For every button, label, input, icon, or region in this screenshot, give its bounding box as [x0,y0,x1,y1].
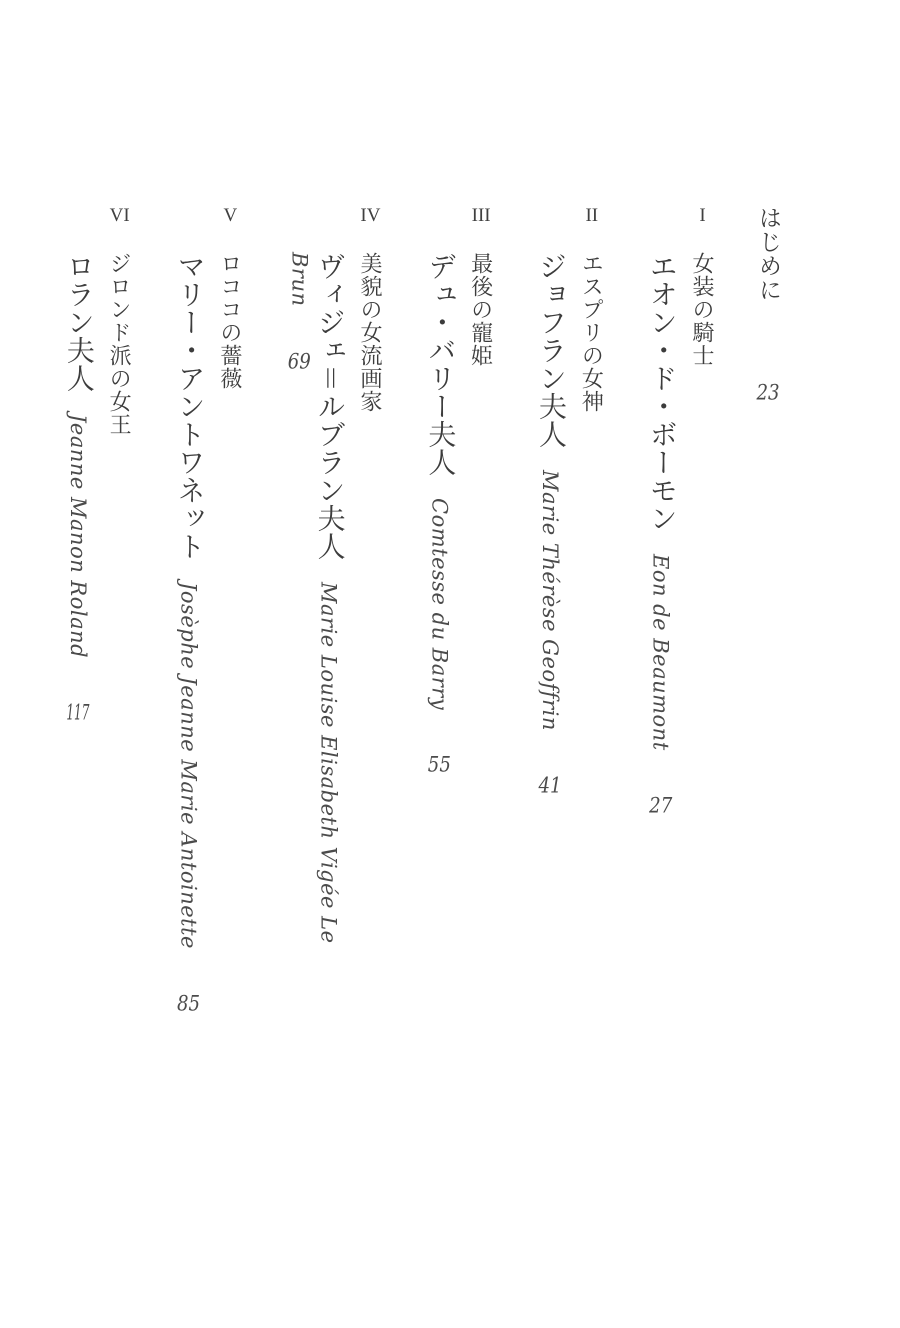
chapter-numeral: II [581,206,602,225]
chapter-name-line: ジョフラン夫人Marie Thérèse Geoffrin41 [536,206,565,1066]
chapter-name-line: マリー・アントワネットJosèphe Jeanne Marie Antoinet… [174,206,203,1066]
chapter-title-line: IV美貌の女流画家 [358,206,383,1066]
chapter-numeral: VI [109,206,130,225]
chapter-person-name: マリー・アントワネット [174,252,205,560]
chapter-numeral: I [692,206,713,225]
chapter-person-romaji: Comtesse du Barry [427,498,451,710]
book-toc-page: はじめに23 I女装の騎士 エオン・ド・ボーモンEon de Beaumont2… [0,0,900,1328]
chapter-page-number: 69 [287,351,311,372]
chapter-name-line: ヴィジェ＝ルブラン夫人Marie Louise Elisabeth Vigée … [285,206,344,1066]
chapter-subtitle: 最後の寵姫 [469,252,494,367]
toc-entry-5: Vロココの薔薇 マリー・アントワネットJosèphe Jeanne Marie … [174,206,243,1066]
chapter-person-romaji: Jeanne Manon Roland [66,414,90,658]
chapter-person-romaji: Marie Thérèse Geoffrin [538,470,562,731]
chapter-person-romaji: Eon de Beaumont [649,554,673,751]
chapter-page-number: 55 [427,754,451,775]
chapter-subtitle: エスプリの女神 [579,252,604,413]
chapter-numeral: IV [360,206,381,225]
chapter-name-line: エオン・ド・ボーモンEon de Beaumont27 [646,206,675,1066]
toc-entry-3: III最後の寵姫 デュ・バリー夫人Comtesse du Barry55 [425,206,494,1066]
table-of-contents: はじめに23 I女装の騎士 エオン・ド・ボーモンEon de Beaumont2… [21,206,780,1066]
chapter-name-line: ロラン夫人Jeanne Manon Roland117 [63,206,92,1066]
chapter-person-romaji: Josèphe Jeanne Marie Antoinette [177,582,201,949]
chapter-title-line: I女装の騎士 [690,206,715,1066]
chapter-person-name: ジョフラン夫人 [535,252,566,448]
chapter-subtitle: 女装の騎士 [690,252,715,367]
chapter-page-number: 85 [177,993,201,1014]
chapter-title-line: III最後の寵姫 [468,206,493,1066]
chapter-page-number: 41 [538,775,562,796]
toc-entry-2: IIエスプリの女神 ジョフラン夫人Marie Thérèse Geoffrin4… [536,206,605,1066]
chapter-person-name: ロラン夫人 [63,252,94,392]
chapter-title-line: VIジロンド派の女王 [107,206,132,1066]
chapter-person-name: デュ・バリー夫人 [424,252,455,476]
chapter-person-name: ヴィジェ＝ルブラン夫人 [314,252,345,560]
preface-page-number: 23 [756,382,780,403]
chapter-subtitle: ジロンド派の女王 [107,252,132,436]
chapter-name-line: デュ・バリー夫人Comtesse du Barry55 [425,206,454,1066]
chapter-numeral: III [471,206,492,225]
chapter-subtitle: ロココの薔薇 [218,252,243,390]
chapter-title-line: Vロココの薔薇 [218,206,243,1066]
toc-entry-6: VIジロンド派の女王 ロラン夫人Jeanne Manon Roland117 [63,206,132,1066]
chapter-title-line: IIエスプリの女神 [579,206,604,1066]
preface-label: はじめに [756,206,781,302]
chapter-page-number: 117 [66,702,90,723]
toc-entry-1: I女装の騎士 エオン・ド・ボーモンEon de Beaumont27 [646,206,715,1066]
preface-entry: はじめに23 [757,206,780,1066]
toc-entry-4: IV美貌の女流画家 ヴィジェ＝ルブラン夫人Marie Louise Elisab… [285,206,383,1066]
chapter-numeral: V [220,206,241,225]
chapter-person-name: エオン・ド・ボーモン [646,252,677,532]
chapter-subtitle: 美貌の女流画家 [358,252,383,413]
chapter-page-number: 27 [649,795,673,816]
